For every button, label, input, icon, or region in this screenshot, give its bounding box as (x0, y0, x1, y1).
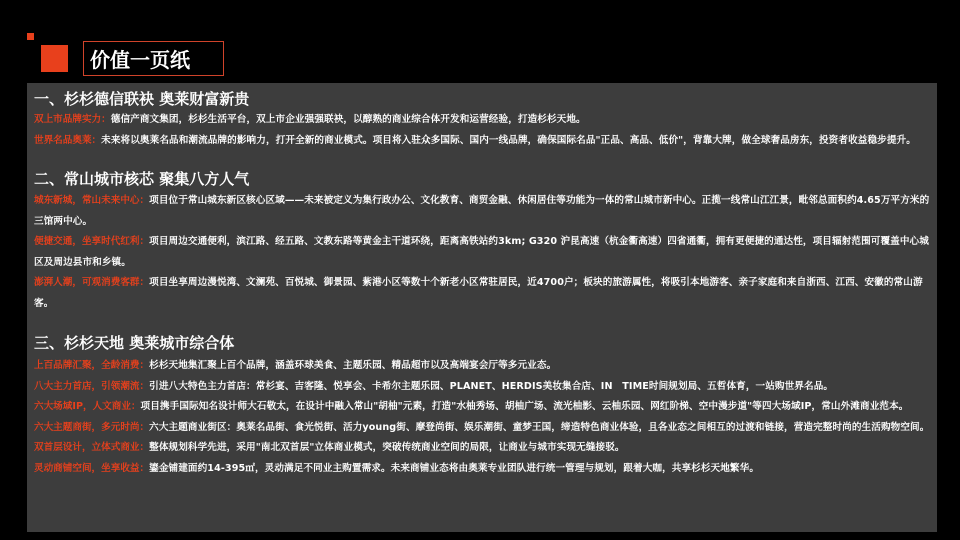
paragraph: 灵动商铺空间，坐享收益：鎏金铺建面约14-395㎡，灵动满足不同业主购置需求。未… (34, 459, 934, 480)
paragraph-text: 杉杉天地集汇聚上百个品牌，涵盖环球美食、主题乐园、精品超市以及高端宴会厅等多元业… (149, 360, 556, 371)
paragraph-lead: 双首层设计，立体式商业： (34, 442, 149, 453)
paragraph-text: 整体规划科学先进，采用"南北双首层"立体商业模式，突破传统商业空间的局限，让商业… (149, 442, 625, 453)
section-3: 三、杉杉天地 奥莱城市综合体 上百品牌汇聚，全龄消费：杉杉天地集汇聚上百个品牌，… (34, 333, 937, 479)
paragraph-lead: 六大场域IP，人文商业： (34, 401, 141, 412)
paragraph-lead: 双上市品牌实力： (34, 114, 111, 125)
paragraph-lead: 便捷交通，坐享时代红利： (34, 236, 149, 247)
paragraph-text: 项目位于常山城东新区核心区域——未来被定义为集行政办公、文化教育、商贸金融、休闲… (34, 195, 929, 227)
section-1: 一、杉杉德信联袂 奥莱财富新贵 双上市品牌实力：德信产商文集团，杉杉生活平台，双… (34, 89, 937, 151)
paragraph: 澎湃人潮，可观消费客群：项目坐享周边漫悦湾、文澜苑、百悦城、御景园、紫港小区等数… (34, 273, 934, 314)
title-accent-square (41, 45, 68, 72)
paragraph-text: 鎏金铺建面约14-395㎡，灵动满足不同业主购置需求。未来商铺业态将由奥莱专业团… (149, 463, 759, 474)
paragraph-lead: 灵动商铺空间，坐享收益： (34, 463, 149, 474)
paragraph: 六大主题商街，多元时尚：六大主题商业街区：奥莱名品街、食光悦街、活力young街… (34, 418, 934, 439)
paragraph: 世界名品奥莱：未来将以奥莱名品和潮流品牌的影响力，打开全新的商业模式。项目将入驻… (34, 131, 934, 152)
paragraph-text: 未来将以奥莱名品和潮流品牌的影响力，打开全新的商业模式。项目将入驻众多国际、国内… (101, 135, 916, 146)
paragraph-lead: 世界名品奥莱： (34, 135, 101, 146)
paragraph: 城东新城，常山未来中心：项目位于常山城东新区核心区域——未来被定义为集行政办公、… (34, 191, 934, 232)
corner-accent-mark (27, 33, 34, 40)
section-heading: 二、常山城市核芯 聚集八方人气 (34, 169, 937, 189)
paragraph-text: 项目携手国际知名设计师大石敬太，在设计中融入常山"胡柚"元素，打造"水柚秀场、胡… (141, 401, 909, 412)
paragraph-text: 项目周边交通便利，滨江路、经五路、文教东路等黄金主干道环绕，距离高铁站约3km;… (34, 236, 929, 268)
paragraph: 六大场域IP，人文商业：项目携手国际知名设计师大石敬太，在设计中融入常山"胡柚"… (34, 397, 934, 418)
paragraph: 双上市品牌实力：德信产商文集团，杉杉生活平台，双上市企业强强联袂，以醇熟的商业综… (34, 110, 934, 131)
content-panel: 一、杉杉德信联袂 奥莱财富新贵 双上市品牌实力：德信产商文集团，杉杉生活平台，双… (27, 83, 937, 532)
paragraph-text: 德信产商文集团，杉杉生活平台，双上市企业强强联袂，以醇熟的商业综合体开发和运营经… (111, 114, 586, 125)
paragraph-text: 项目坐享周边漫悦湾、文澜苑、百悦城、御景园、紫港小区等数十个新老小区常驻居民，近… (34, 277, 923, 309)
title-frame: 价值一页纸 (83, 41, 224, 76)
section-heading: 三、杉杉天地 奥莱城市综合体 (34, 333, 937, 353)
paragraph-lead: 六大主题商街，多元时尚： (34, 422, 149, 433)
paragraph: 双首层设计，立体式商业：整体规划科学先进，采用"南北双首层"立体商业模式，突破传… (34, 438, 934, 459)
section-2: 二、常山城市核芯 聚集八方人气 城东新城，常山未来中心：项目位于常山城东新区核心… (34, 169, 937, 314)
paragraph: 上百品牌汇聚，全龄消费：杉杉天地集汇聚上百个品牌，涵盖环球美食、主题乐园、精品超… (34, 356, 934, 377)
paragraph-text: 引进八大特色主力首店：常杉宴、吉客隆、悦享会、卡希尔主题乐园、PLANET、HE… (149, 381, 833, 392)
paragraph-lead: 澎湃人潮，可观消费客群： (34, 277, 149, 288)
page-title: 价值一页纸 (90, 44, 190, 73)
paragraph: 便捷交通，坐享时代红利：项目周边交通便利，滨江路、经五路、文教东路等黄金主干道环… (34, 232, 934, 273)
paragraph-lead: 上百品牌汇聚，全龄消费： (34, 360, 149, 371)
paragraph-text: 六大主题商业街区：奥莱名品街、食光悦街、活力young街、摩登尚街、娱乐潮街、童… (149, 422, 929, 433)
paragraph: 八大主力首店，引领潮流：引进八大特色主力首店：常杉宴、吉客隆、悦享会、卡希尔主题… (34, 377, 934, 398)
paragraph-lead: 八大主力首店，引领潮流： (34, 381, 149, 392)
paragraph-lead: 城东新城，常山未来中心： (34, 195, 149, 206)
section-heading: 一、杉杉德信联袂 奥莱财富新贵 (34, 89, 937, 109)
